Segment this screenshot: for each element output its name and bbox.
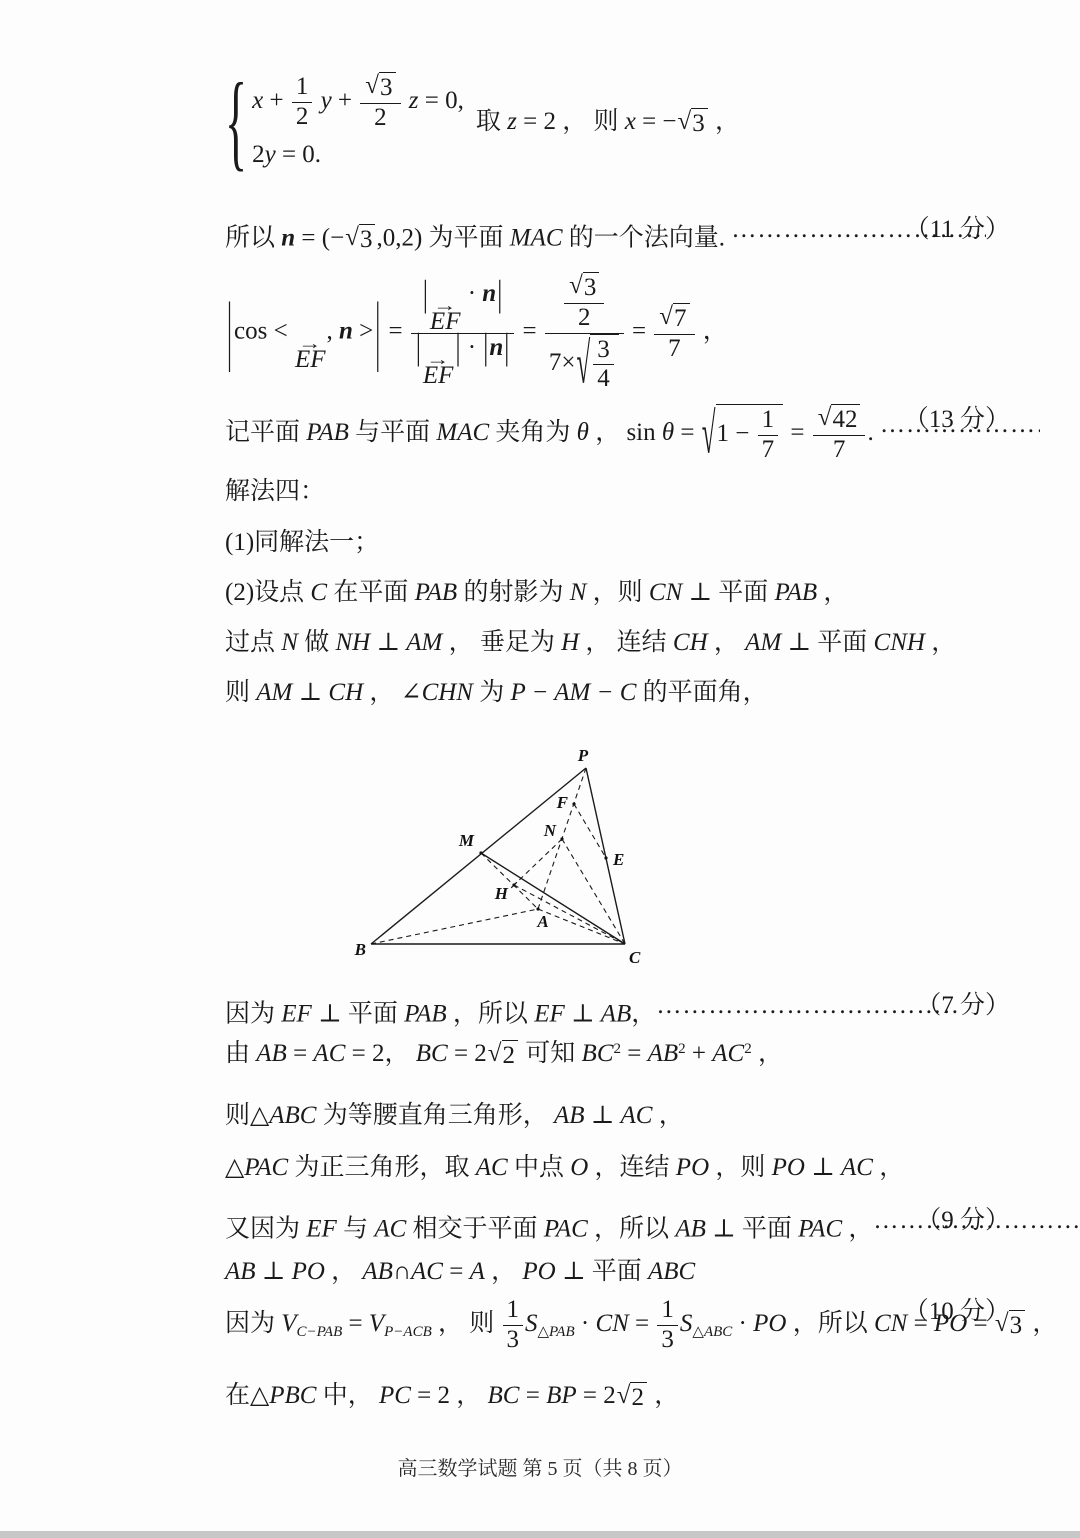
text-token: = xyxy=(516,318,543,345)
text-token: > xyxy=(353,318,373,345)
text-token: 3 xyxy=(692,110,705,137)
text-token: ,0,2) 为平面 xyxy=(376,224,509,251)
math-var: PAB xyxy=(415,579,458,606)
text-token: ， 垂足为 xyxy=(442,629,561,656)
text-token: 中点 xyxy=(508,1154,571,1181)
dashed-edges xyxy=(371,768,625,944)
radical-sign: √ xyxy=(488,1040,502,1069)
text-token: = 2 ， xyxy=(411,1382,488,1409)
dot-N xyxy=(560,837,563,840)
text-token: 与平面 xyxy=(349,419,437,446)
text-token: ， xyxy=(709,108,740,135)
math-var: PO xyxy=(753,1310,786,1337)
text-token: 夹角为 xyxy=(489,419,577,446)
math-var: AB xyxy=(648,1040,679,1067)
text-token: ，所以 xyxy=(588,1215,676,1242)
dot-M xyxy=(479,851,482,854)
dot-F xyxy=(572,802,575,805)
sqrt: √3 xyxy=(569,272,599,303)
text-token: ，连结 xyxy=(588,1154,676,1181)
math-var: CN xyxy=(874,1310,907,1337)
text-token: · xyxy=(461,334,482,361)
text-token: 1 − xyxy=(717,420,756,447)
math-var: EF xyxy=(534,1000,565,1027)
abs-bar: | xyxy=(497,274,502,317)
page-footer: 高三数学试题 第 5 页（共 8 页） xyxy=(0,1452,1080,1481)
text-token: 解法四： xyxy=(225,478,325,505)
point-label-f: F xyxy=(556,793,569,812)
text-token: ， xyxy=(485,1258,523,1285)
text-token: 的射影为 xyxy=(457,579,570,606)
text-token: 所以 xyxy=(225,224,281,251)
text-token: 7 xyxy=(668,335,681,362)
text-token: 2 xyxy=(503,1042,516,1069)
radicand: 7 xyxy=(673,303,690,334)
math-var: PAC xyxy=(244,1154,288,1181)
text-token: + xyxy=(686,1040,713,1067)
radicand: 3 xyxy=(691,108,708,139)
text-token: 7 xyxy=(674,305,687,332)
fraction: √327×√34 xyxy=(545,272,624,394)
text-token: , xyxy=(327,318,340,345)
text-token: ， xyxy=(708,629,746,656)
text-token: 做 xyxy=(298,629,336,656)
numerator: √32 xyxy=(545,272,624,333)
math-var: AC xyxy=(313,1040,345,1067)
text-token: + xyxy=(263,87,290,114)
math-var: AC xyxy=(374,1215,406,1242)
sqrt: √2 xyxy=(617,1382,647,1413)
math-var: N xyxy=(570,579,587,606)
text-token: = xyxy=(443,1258,470,1285)
line-pac-equilateral: △PAC 为正三角形，取 AC 中点 O ，连结 PO ，则 PO ⊥ AC ， xyxy=(225,1152,1010,1183)
radical-sign: √ xyxy=(365,72,379,101)
math-var: AB xyxy=(554,1102,585,1129)
math-var: PO xyxy=(522,1258,555,1285)
radicand: 2 xyxy=(502,1040,519,1071)
text-token: 过点 xyxy=(225,629,281,656)
math-var: CH xyxy=(328,679,363,706)
math-var: V xyxy=(369,1310,384,1337)
text-token: ，则 xyxy=(586,579,649,606)
radicand: 3 xyxy=(379,72,396,103)
text-token: 1 xyxy=(762,406,775,433)
fraction: √32 xyxy=(360,72,400,133)
text-token: ， xyxy=(925,629,956,656)
line-sin-theta: 记平面 PAB 与平面 MAC 夹角为 θ ， sin θ = √1 − 17 … xyxy=(225,404,1010,465)
math-var: CHN xyxy=(422,679,473,706)
radicand: 34 xyxy=(590,334,619,395)
text-token: (1)同解法一； xyxy=(225,529,379,556)
text-token: ， xyxy=(842,1215,873,1242)
text-token: ， xyxy=(648,1382,679,1409)
numerator: 1 xyxy=(758,406,779,435)
radicand: 3 xyxy=(1009,1310,1026,1341)
line-pbc-triangle: 在△PBC 中， PC = 2 ， BC = BP = 2√2 ， xyxy=(225,1380,1010,1413)
text-token: ， sin xyxy=(589,419,662,446)
math-var: EF xyxy=(281,1000,312,1027)
denominator: 3 xyxy=(503,1325,524,1355)
fraction: 12 xyxy=(292,73,313,132)
math-var: NH xyxy=(335,629,370,656)
line-construct-nh: 过点 N 做 NH ⊥ AM ， 垂足为 H ， 连结 CH ， AM ⊥ 平面… xyxy=(225,627,1010,658)
text-token: 2 xyxy=(296,103,309,130)
text-token: ， xyxy=(631,1000,656,1027)
denominator: 2 xyxy=(360,103,400,133)
text-token: ， 则 xyxy=(432,1310,501,1337)
line-normal-vector: 所以 n = (−√3,0,2) 为平面 MAC 的一个法向量. …………………… xyxy=(225,214,1010,255)
text-token: · xyxy=(575,1310,596,1337)
text-token: 中， xyxy=(316,1382,379,1409)
math-var: z xyxy=(409,87,419,114)
math-var: y xyxy=(321,87,332,114)
superscript: 2 xyxy=(614,1041,622,1057)
text-token: = 2 xyxy=(448,1040,487,1067)
radical-sign: √ xyxy=(617,1382,631,1411)
fraction: 13 xyxy=(657,1296,678,1355)
subscript: △PAB xyxy=(538,1324,575,1340)
abs-bar-large: | xyxy=(375,285,380,382)
score-badge: （7 分） xyxy=(916,990,1010,1021)
math-var: ABC xyxy=(648,1258,695,1285)
exam-solution-page: { x + 12 y + √32 z = 0, 2y = 0. 取 z = 2 … xyxy=(0,0,1080,1538)
math-var: x xyxy=(252,87,263,114)
text-token: ， xyxy=(697,318,728,345)
sqrt: √2 xyxy=(488,1040,518,1071)
text-token: 42 xyxy=(832,406,857,433)
point-label-n: N xyxy=(543,821,557,840)
score-badge: （11 分） xyxy=(905,214,1010,245)
math-var: PO xyxy=(676,1154,709,1181)
math-var: N xyxy=(281,629,298,656)
text-token: ⊥ 平面 xyxy=(312,1000,404,1027)
score-badge: （13 分） xyxy=(904,404,1010,435)
fraction: 34 xyxy=(593,336,614,395)
score-badge: （9 分） xyxy=(916,1205,1010,1236)
text-token: ⊥ 平面 xyxy=(682,579,774,606)
math-var: H xyxy=(561,629,579,656)
math-var: AB xyxy=(601,1000,632,1027)
line-ef-perp: 因为 EF ⊥ 平面 PAB ，所以 EF ⊥ AB，…………………………………… xyxy=(225,990,1010,1030)
text-token: ， xyxy=(325,1258,363,1285)
text-token: = xyxy=(784,419,811,446)
line-dihedral-angle: 则 AM ⊥ CH ， ∠CHN 为 P − AM − C 的平面角， xyxy=(225,677,1010,708)
text-token: ⊥ 平面 xyxy=(706,1215,798,1242)
sqrt: √1 − 17 xyxy=(702,404,783,465)
math-var: PBC xyxy=(269,1382,316,1409)
abs-bar: | xyxy=(416,327,421,370)
text-token: 1 xyxy=(296,73,309,100)
text-token: ⊥ 平面 xyxy=(556,1258,648,1285)
text-token: △ xyxy=(225,1154,244,1181)
text-token: 因为 xyxy=(225,1310,281,1337)
math-var: AC xyxy=(841,1154,873,1181)
text-token: ⊥ xyxy=(805,1154,841,1181)
math-var: PAB xyxy=(404,1000,447,1027)
text-token: = (− xyxy=(295,224,344,251)
text-token: = 2 ， 则 xyxy=(517,108,625,135)
math-var: AB xyxy=(675,1215,706,1242)
subscript: P−ACB xyxy=(384,1324,432,1340)
text-token: = xyxy=(382,318,409,345)
text-token: 4 xyxy=(597,365,610,392)
vector-arrow-icon: → xyxy=(433,299,457,311)
fraction: 17 xyxy=(758,406,779,465)
point-label-a: A xyxy=(536,912,548,931)
math-var: PAC xyxy=(798,1215,842,1242)
text-token: ， ∠ xyxy=(363,679,421,706)
sqrt: √7 xyxy=(659,303,689,334)
math-var: MAC xyxy=(436,419,489,446)
math-var: S xyxy=(525,1310,538,1337)
text-token: ， xyxy=(873,1154,904,1181)
math-var: EF xyxy=(306,1215,337,1242)
math-var: x xyxy=(625,108,636,135)
text-token: = 0, xyxy=(419,87,464,114)
text-token: 3 xyxy=(597,336,610,363)
text-token: 可知 xyxy=(519,1040,582,1067)
sqrt: √42 xyxy=(818,404,861,435)
fraction: 13 xyxy=(503,1296,524,1355)
denominator: 4 xyxy=(593,364,614,394)
radical-sign: √ xyxy=(818,404,832,433)
sqrt: √34 xyxy=(576,334,618,395)
math-var: BP xyxy=(546,1382,577,1409)
line-ab-perp-pac: 又因为 EF 与 AC 相交于平面 PAC ，所以 AB ⊥ 平面 PAC ，…… xyxy=(225,1205,1010,1245)
text-token: · xyxy=(461,280,482,307)
text-token: 1 xyxy=(507,1296,520,1323)
numerator: √3 xyxy=(360,72,400,103)
abs-bar-large: | xyxy=(227,285,232,382)
fraction: √427 xyxy=(813,404,866,465)
text-token: 记平面 xyxy=(225,419,306,446)
denominator: |→EF| · |n| xyxy=(411,333,514,387)
text-token: = xyxy=(674,419,701,446)
point-label-p: P xyxy=(577,746,589,765)
math-var: AM xyxy=(745,629,781,656)
text-token: ， xyxy=(752,1040,783,1067)
math-var: CN xyxy=(649,579,682,606)
math-var: CN xyxy=(595,1310,628,1337)
sqrt: √3 xyxy=(678,108,708,139)
numerator: √3 xyxy=(564,272,604,303)
math-var: BC xyxy=(582,1040,614,1067)
text-token: ， 连结 xyxy=(579,629,673,656)
math-var: CH xyxy=(673,629,708,656)
vector-arrow-icon: → xyxy=(298,337,322,349)
line-step1: (1)同解法一； xyxy=(225,527,1010,558)
text-token: 3 xyxy=(661,1326,674,1353)
line-isosceles: 则△ABC 为等腰直角三角形， AB ⊥ AC ， xyxy=(225,1100,1010,1131)
text-token: = xyxy=(287,1040,314,1067)
line-step2: (2)设点 C 在平面 PAB 的射影为 N ，则 CN ⊥ 平面 PAB ， xyxy=(225,577,1010,608)
fraction: |→EF · n||→EF| · |n| xyxy=(411,280,514,386)
text-token: 2 xyxy=(631,1384,644,1411)
line-method4-title: 解法四： xyxy=(225,476,1010,507)
text-token: 3 xyxy=(1010,1312,1023,1339)
line-volume-eq: 因为 VC−PAB = VP−ACB ， 则 13S△PAB · CN = 13… xyxy=(225,1296,1010,1355)
text-token: = 0. xyxy=(276,141,321,168)
text-token: ⊥ 平面 xyxy=(781,629,873,656)
sqrt: √3 xyxy=(365,72,395,103)
tetrahedron-diagram: P B C M F N E H A xyxy=(352,737,664,975)
viewer-bottom-bar xyxy=(0,1531,1080,1538)
text-token: . xyxy=(867,419,880,446)
text-token: 与 xyxy=(337,1215,375,1242)
text-token: 为等腰直角三角形， xyxy=(316,1102,554,1129)
math-var: BC xyxy=(416,1040,448,1067)
math-var: S xyxy=(680,1310,693,1337)
text-token: ， xyxy=(652,1102,683,1129)
dot-E xyxy=(604,856,607,859)
edge-FE xyxy=(574,804,606,858)
point-label-c: C xyxy=(629,948,641,967)
numerator: √7 xyxy=(654,303,694,334)
math-var: AB xyxy=(362,1258,393,1285)
math-var: θ xyxy=(577,419,589,446)
text-token: = xyxy=(519,1382,546,1409)
text-token: 取 xyxy=(476,108,507,135)
math-var: θ xyxy=(662,419,674,446)
math-var: AB xyxy=(256,1040,287,1067)
point-label-m: M xyxy=(458,831,475,850)
edge-BP xyxy=(371,768,586,944)
line-ab-ac-bc: 由 AB = AC = 2， BC = 2√2 可知 BC2 = AB2 + A… xyxy=(225,1038,1010,1071)
text-token: ⊥ xyxy=(256,1258,292,1285)
text-token: 7 xyxy=(762,436,775,463)
radical-sign: √ xyxy=(659,303,673,332)
radicand: 3 xyxy=(359,224,376,255)
math-var: MAC xyxy=(510,224,563,251)
abs-bar: | xyxy=(423,274,428,317)
text-token: = xyxy=(626,318,653,345)
numerator: 3 xyxy=(593,336,614,365)
text-token: = xyxy=(621,1040,648,1067)
numerator: 1 xyxy=(292,73,313,102)
text-token: 则△ xyxy=(225,1102,269,1129)
text-token: 的平面角， xyxy=(636,679,767,706)
subscript: △ABC xyxy=(692,1324,732,1340)
superscript: 2 xyxy=(744,1041,752,1057)
fraction: √77 xyxy=(654,303,694,364)
math-var: BC xyxy=(488,1382,520,1409)
dot-A xyxy=(536,907,539,910)
radical-sign: √ xyxy=(576,334,590,400)
text-token: 2 xyxy=(374,104,387,131)
math-var: PO xyxy=(772,1154,805,1181)
text-token: 相交于平面 xyxy=(406,1215,544,1242)
math-var: PC xyxy=(379,1382,411,1409)
text-token: 3 xyxy=(380,74,393,101)
abs-bar: | xyxy=(483,327,488,370)
radical-sign: √ xyxy=(569,272,583,301)
denominator: 3 xyxy=(657,1325,678,1355)
text-token: ，所以 xyxy=(447,1000,535,1027)
vector: →EF xyxy=(295,337,326,371)
radicand: 1 − 17 xyxy=(716,404,784,465)
text-token: 为 xyxy=(473,679,511,706)
math-var: AM xyxy=(256,679,292,706)
text-token: · xyxy=(732,1310,753,1337)
radical-sign: √ xyxy=(678,108,692,137)
denominator: 7×√34 xyxy=(545,333,624,395)
text-token: = xyxy=(342,1310,369,1337)
edge-HC xyxy=(514,885,625,944)
text-token: 的一个法向量. xyxy=(563,224,732,251)
edge-NH xyxy=(514,839,562,885)
equation-system-block: { x + 12 y + √32 z = 0, 2y = 0. 取 z = 2 … xyxy=(225,72,740,169)
text-token: ，所以 xyxy=(786,1310,874,1337)
text-token: cos < xyxy=(234,318,294,345)
text-token: 3 xyxy=(584,274,597,301)
math-var: AM xyxy=(406,629,442,656)
math-var: ABC xyxy=(269,1102,316,1129)
text-token: ， xyxy=(817,579,848,606)
math-var: PAB xyxy=(775,579,818,606)
math-var: PO xyxy=(292,1258,325,1285)
edge-AC xyxy=(538,909,625,944)
denominator: 7 xyxy=(654,334,694,364)
math-var: AC xyxy=(712,1040,744,1067)
point-label-b: B xyxy=(354,940,366,959)
text-token: = 2 xyxy=(577,1382,616,1409)
math-var: AC xyxy=(476,1154,508,1181)
text-token: 3 xyxy=(360,226,373,253)
edge-MA xyxy=(481,853,538,909)
point-label-h: H xyxy=(494,884,509,903)
text-token: 7× xyxy=(549,348,576,375)
point-labels: P B C M F N E H A xyxy=(354,746,641,967)
subscript: C−PAB xyxy=(297,1324,343,1340)
text-token: 7 xyxy=(833,436,846,463)
text-token: = xyxy=(629,1310,656,1337)
system-aside-text: 取 z = 2 ， 则 x = −√3 ， xyxy=(476,101,740,139)
math-var: AB xyxy=(225,1258,256,1285)
math-var: CNH xyxy=(874,629,925,656)
left-brace: { xyxy=(225,58,247,183)
math-var: PAB xyxy=(306,419,349,446)
radicand: 42 xyxy=(831,404,860,435)
text-token: + xyxy=(332,87,359,114)
text-token: ⊥ xyxy=(585,1102,621,1129)
math-bold-var: n xyxy=(281,224,295,251)
text-token: 在平面 xyxy=(327,579,415,606)
radicand: 3 xyxy=(583,272,600,303)
text-token: ⊥ xyxy=(565,1000,601,1027)
fraction: √32 xyxy=(564,272,604,333)
math-bold-var: n xyxy=(339,318,353,345)
point-label-e: E xyxy=(612,850,624,869)
text-token: 为正三角形，取 xyxy=(288,1154,476,1181)
math-var: PAC xyxy=(544,1215,588,1242)
text-token: 在△ xyxy=(225,1382,269,1409)
denominator: 7 xyxy=(758,435,779,465)
text-token: 则 xyxy=(225,679,256,706)
system-equation-1: x + 12 y + √32 z = 0, xyxy=(252,72,464,133)
math-var: AC xyxy=(621,1102,653,1129)
math-var: C xyxy=(310,579,327,606)
text-token: 又因为 xyxy=(225,1215,306,1242)
numerator: 1 xyxy=(503,1296,524,1325)
dot-H xyxy=(512,883,515,886)
text-token: = − xyxy=(636,108,677,135)
text-token: (2)设点 xyxy=(225,579,310,606)
vector-arrow-icon: → xyxy=(426,353,450,365)
score-badge: （10 分） xyxy=(904,1296,1010,1327)
text-token: ⊥ xyxy=(292,679,328,706)
math-bold-var: n xyxy=(482,280,496,307)
text-token: 因为 xyxy=(225,1000,281,1027)
